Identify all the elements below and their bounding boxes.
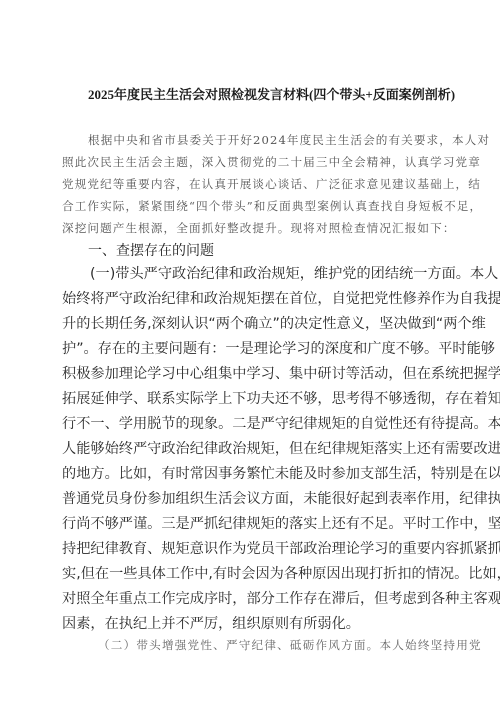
intro-paragraph: 根据中央和省市县委关于开好2024年度民主生活会的有关要求，本人对 照此次民主生…	[62, 129, 454, 239]
body-line: 对照全年重点工作完成序时，部分工作存在滞后，但考虑到各种主客观	[62, 587, 462, 612]
body-paragraph: (一)带头严守政治纪律和政治规矩，维护党的团结统一方面。本人 始终将严守政治纪律…	[62, 262, 462, 637]
body-line: 升的长期任务,深刻认识“两个确立”的决定性意义，坚决做到“两个维	[62, 312, 462, 337]
body-line: 持把纪律教育、规矩意识作为党员干部政治理论学习的重要内容抓紧抓	[62, 537, 462, 562]
body-line: (一)带头严守政治纪律和政治规矩，维护党的团结统一方面。本人	[62, 262, 462, 287]
intro-line: 照此次民主生活会主题，深入贯彻党的二十届三中全会精神，认真学习党章	[62, 151, 454, 173]
body-line: 护”。存在的主要问题有：一是理论学习的深度和广度不够。平时能够	[62, 337, 462, 362]
body-line: 拓展延伸学、联系实际学上下功夫还不够，思考得不够透彻，存在着知	[62, 387, 462, 412]
body-line: 行不一、学用脱节的现象。二是严守纪律规矩的自觉性还有待提高。本	[62, 412, 462, 437]
body-line: 积极参加理论学习中心组集中学习、集中研讨等活动，但在系统把握学、	[62, 362, 462, 387]
body-line: 普通党员身份参加组织生活会议方面，未能很好起到表率作用，纪律执	[62, 487, 462, 512]
body-line: 的地方。比如，有时常因事务繁忙未能及时参加支部生活，特别是在以	[62, 462, 462, 487]
body-line: 始终将严守政治纪律和政治规矩摆在首位，自觉把党性修养作为自我提	[62, 287, 462, 312]
body-line: 实,但在一些具体工作中,有时会因为各种原因出现打折扣的情况。比如，	[62, 562, 462, 587]
document-title: 2025年度民主生活会对照检视发言材料(四个带头+反面案例剖析)	[88, 84, 468, 103]
section-heading: 一、查摆存在的问题	[88, 240, 214, 260]
intro-line: 党规党纪等重要内容，在认真开展谈心谈话、广泛征求意见建议基础上，结	[62, 173, 454, 195]
body-line: 因素，在执纪上并不严厉，组织原则有所弱化。	[62, 612, 462, 637]
body-line: 人能够始终严守政治纪律政治规矩，但在纪律规矩落实上还有需要改进	[62, 437, 462, 462]
subsection-2-line: （二）带头增强党性、严守纪律、砥砺作风方面。本人始终坚持用党	[98, 637, 482, 653]
body-line: 行尚不够严谨。三是严抓纪律规矩的落实上还有不足。平时工作中，坚	[62, 512, 462, 537]
document-page: 2025年度民主生活会对照检视发言材料(四个带头+反面案例剖析) 根据中央和省市…	[0, 0, 500, 707]
intro-line: 合工作实际，紧紧围绕“四个带头”和反面典型案例认真查找自身短板不足，	[62, 195, 454, 217]
intro-line: 深挖问题产生根源，全面抓好整改提升。现将对照检查情况汇报如下：	[62, 217, 454, 239]
intro-line: 根据中央和省市县委关于开好2024年度民主生活会的有关要求，本人对	[62, 129, 454, 151]
